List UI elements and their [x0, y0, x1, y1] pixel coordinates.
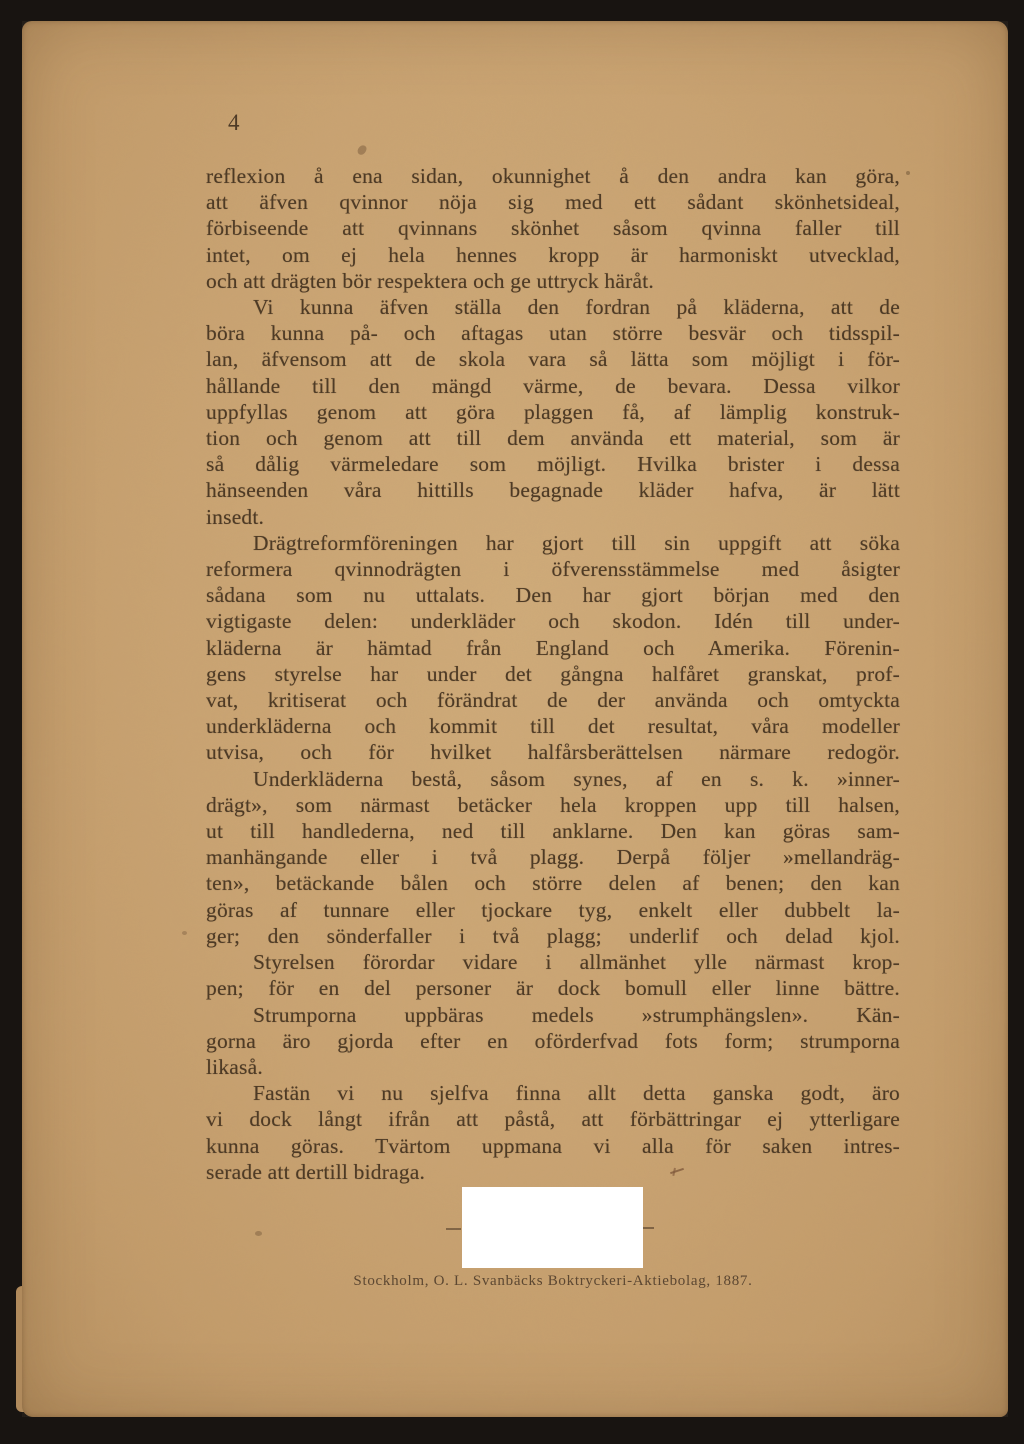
text-line: hållande till den mängd värme, de bevara…	[206, 373, 900, 399]
text-line: Vi kunna äfven ställa den fordran på klä…	[206, 294, 900, 320]
text-line: ten», betäckande bålen och större delen …	[206, 870, 900, 896]
text-line: underkläderna och kommit till det result…	[206, 713, 900, 739]
text-line: vigtigaste delen: underkläder och skodon…	[206, 608, 900, 634]
text-line: att äfven qvinnor nöja sig med ett sådan…	[206, 189, 900, 215]
text-line: kläderna är hämtad från England och Amer…	[206, 635, 900, 661]
text-line: Strumporna uppbäras medels »strumphängsl…	[206, 1002, 900, 1028]
text-line: böra kunna på- och aftagas utan större b…	[206, 320, 900, 346]
body-text: reflexion å ena sidan, okunnighet å den …	[206, 163, 900, 1185]
text-line: uppfyllas genom att göra plaggen få, af …	[206, 399, 900, 425]
covered-line-remnant	[446, 1228, 461, 1230]
ink-speck	[182, 931, 187, 935]
ink-speck	[255, 1231, 262, 1236]
text-line: ger; den sönderfaller i två plagg; under…	[206, 923, 900, 949]
scanned-page: 4 reflexion å ena sidan, okunnighet å de…	[22, 21, 1008, 1417]
text-line: gorna äro gjorda efter en oförderfvad fo…	[206, 1028, 900, 1054]
text-line: så dålig värmeledare som möjligt. Hvilka…	[206, 451, 900, 477]
paragraph: Strumporna uppbäras medels »strumphängsl…	[206, 1002, 900, 1081]
ink-speck	[906, 171, 910, 175]
text-line: vi dock långt ifrån att påstå, att förbä…	[206, 1106, 900, 1132]
text-line: Styrelsen förordar vidare i allmänhet yl…	[206, 949, 900, 975]
scanner-background: 4 reflexion å ena sidan, okunnighet å de…	[0, 0, 1024, 1444]
paragraph: Underkläderna bestå, såsom synes, af en …	[206, 766, 900, 949]
text-line: vat, kritiserat och förändrat de der anv…	[206, 687, 900, 713]
text-line: och att drägten bör respektera och ge ut…	[206, 268, 900, 294]
text-line: ut till handlederna, ned till anklarne. …	[206, 818, 900, 844]
ink-speck	[356, 144, 367, 156]
text-line: tion och genom att till dem använda ett …	[206, 425, 900, 451]
text-line: pen; för en del personer är dock bomull …	[206, 975, 900, 1001]
text-line: serade att dertill bidraga.	[206, 1159, 900, 1185]
paragraph: Styrelsen förordar vidare i allmänhet yl…	[206, 949, 900, 1001]
text-line: drägt», som närmast betäcker hela kroppe…	[206, 792, 900, 818]
text-line: reformera qvinnodrägten i öfverensstämme…	[206, 556, 900, 582]
text-line: lan, äfvensom att de skola vara så lätta…	[206, 346, 900, 372]
imprint-line: Stockholm, O. L. Svanbäcks Boktryckeri-A…	[206, 1273, 900, 1290]
text-line: hänseenden våra hittills begagnade kläde…	[206, 477, 900, 503]
text-line: utvisa, och för hvilket halfårsberättels…	[206, 739, 900, 765]
text-line: insedt.	[206, 504, 900, 530]
paragraph: Drägtreformföreningen har gjort till sin…	[206, 530, 900, 766]
text-line: intet, om ej hela hennes kropp är harmon…	[206, 242, 900, 268]
text-line: manhängande eller i två plagg. Derpå föl…	[206, 844, 900, 870]
text-line: gens styrelse har under det gångna halfå…	[206, 661, 900, 687]
text-line: förbiseende att qvinnans skönhet såsom q…	[206, 215, 900, 241]
text-line: Drägtreformföreningen har gjort till sin…	[206, 530, 900, 556]
text-line: likaså.	[206, 1054, 900, 1080]
text-line: Underkläderna bestå, såsom synes, af en …	[206, 766, 900, 792]
text-line: göras af tunnare eller tjockare tyg, enk…	[206, 897, 900, 923]
paragraph: Fastän vi nu sjelfva finna allt detta ga…	[206, 1080, 900, 1185]
page-number: 4	[228, 110, 240, 136]
text-line: Fastän vi nu sjelfva finna allt detta ga…	[206, 1080, 900, 1106]
text-line: sådana som nu uttalats. Den har gjort bö…	[206, 582, 900, 608]
text-line: reflexion å ena sidan, okunnighet å den …	[206, 163, 900, 189]
redaction-box	[462, 1187, 643, 1268]
paragraph: Vi kunna äfven ställa den fordran på klä…	[206, 294, 900, 530]
paragraph: reflexion å ena sidan, okunnighet å den …	[206, 163, 900, 294]
text-line: kunna göras. Tvärtom uppmana vi alla för…	[206, 1133, 900, 1159]
